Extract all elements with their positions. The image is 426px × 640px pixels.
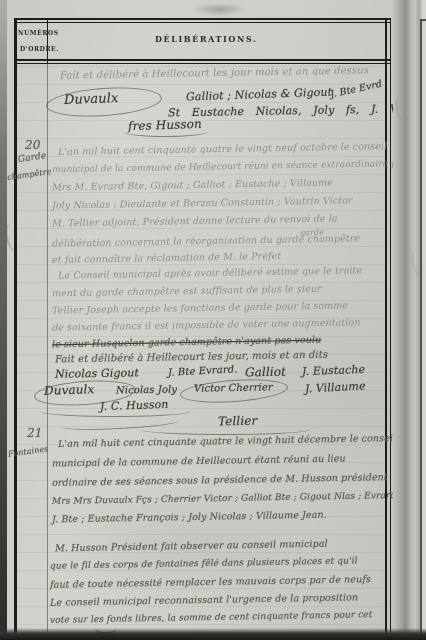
photo-bottom-edge <box>0 628 426 640</box>
signature: Nicolas Joly <box>116 384 177 396</box>
column-separator-body <box>47 64 48 632</box>
table-border-top-thick <box>14 18 391 20</box>
signature-flourish-underline <box>122 126 208 137</box>
numeros-column-header-line1: NUMÉROS <box>18 30 59 37</box>
column-separator-header <box>47 20 48 63</box>
top-margin-smudge <box>192 3 247 16</box>
signature: Duvaulx <box>64 91 119 108</box>
next-page-border-corner <box>420 19 426 21</box>
signature: Duvaulx <box>44 382 95 398</box>
signature-flourish-underline <box>140 424 310 435</box>
signature: Victor Cherrier <box>194 382 273 394</box>
signature: Galliot <box>245 365 286 380</box>
header-separator-thick <box>14 59 391 61</box>
binding-edge <box>0 0 7 640</box>
next-page-border <box>420 20 422 640</box>
table-border-left <box>14 18 17 634</box>
entry-21-margin-number: 21 <box>27 426 42 440</box>
entry-20-margin-number: 20 <box>25 138 40 152</box>
header-separator-thin <box>14 63 391 64</box>
signature-flourish-underline <box>40 406 190 417</box>
signature: Nicolas Gigout <box>55 366 139 380</box>
signature: J. Eustache <box>302 363 366 378</box>
numeros-column-header-line2: D'ORDRE. <box>20 46 59 53</box>
deliberations-column-header: DÉLIBÉRATIONS. <box>155 34 257 44</box>
register-page-photo: NUMÉROS D'ORDRE. DÉLIBÉRATIONS. Fait et … <box>0 0 426 640</box>
table-border-top-thin <box>14 22 391 23</box>
